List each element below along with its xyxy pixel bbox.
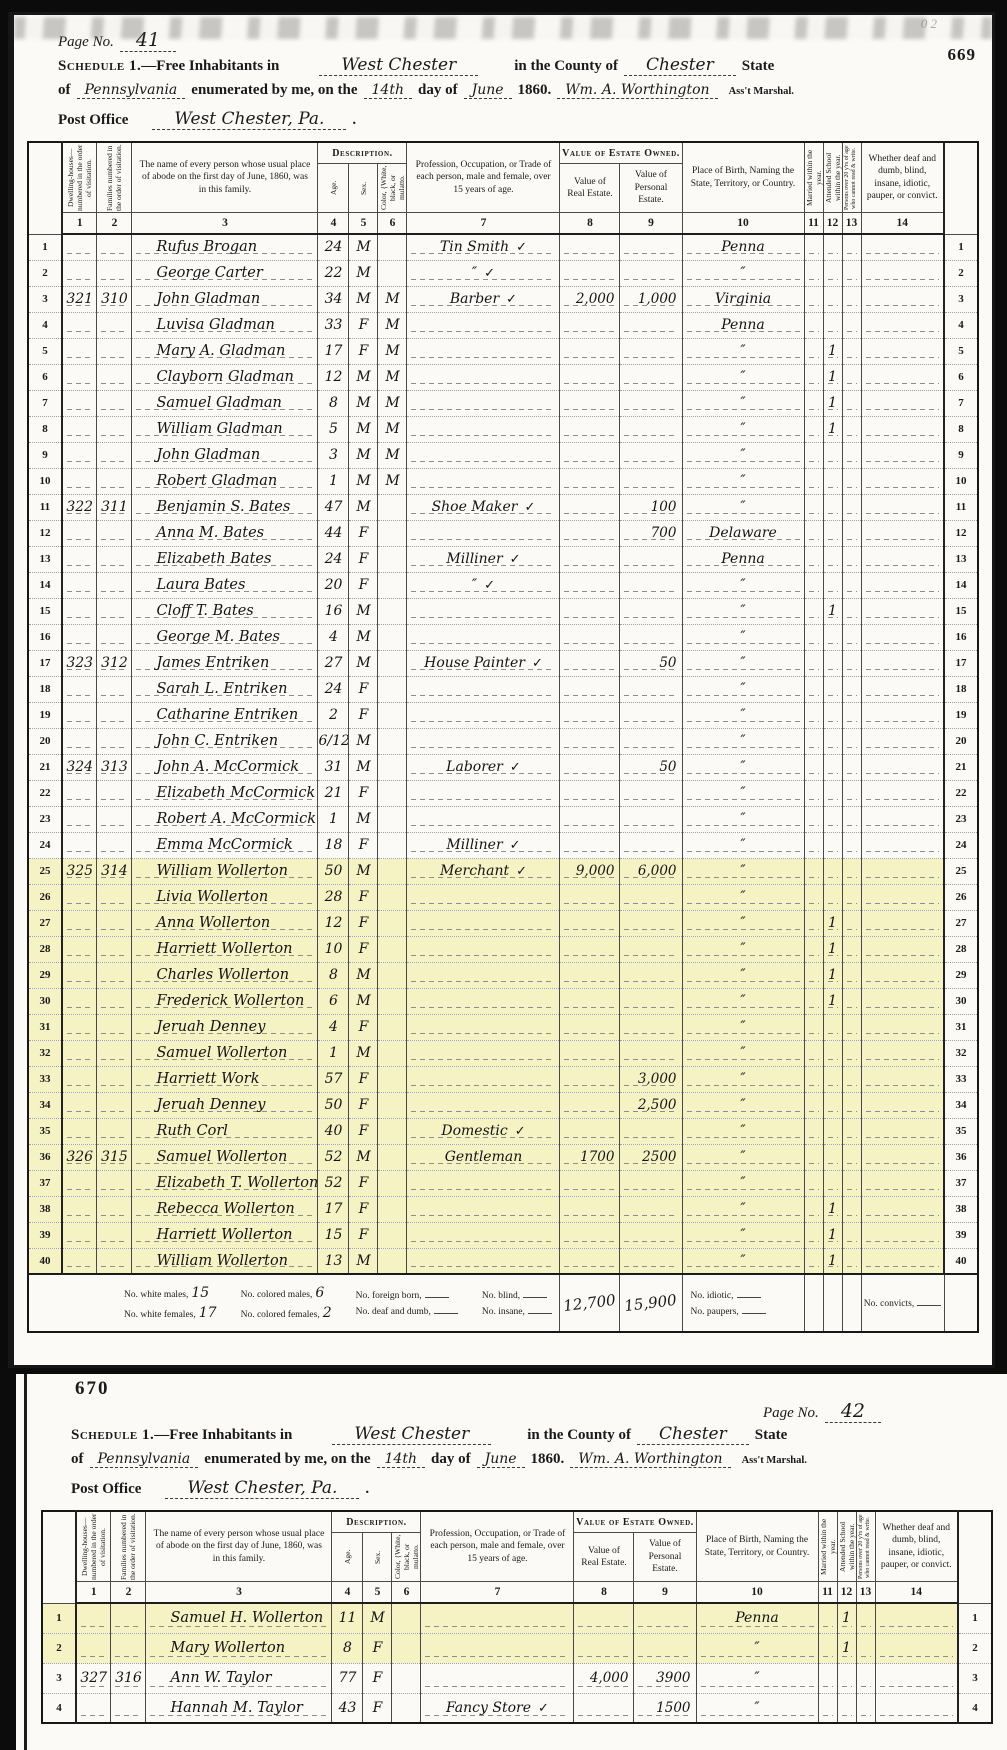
col-dwelling-header: Dwelling-houses— numbered in the order o…: [62, 142, 97, 213]
year-label: 1860.: [531, 1451, 565, 1468]
table-header: Dwelling-houses— numbered in the order o…: [28, 142, 978, 234]
footer-col12: [823, 1274, 842, 1332]
col-sex-text: Sex.: [373, 1533, 382, 1581]
occupation: [407, 468, 560, 494]
value-real-estate: [560, 1222, 620, 1248]
col-num-4: 4: [332, 1582, 363, 1604]
value-real-estate: [560, 624, 620, 650]
dwelling-number: [62, 728, 97, 754]
family-number: [97, 806, 132, 832]
row-number-left: 6: [28, 364, 62, 390]
color: [392, 1693, 421, 1723]
occupation: ″✓: [407, 572, 560, 598]
married-within-year: [804, 338, 823, 364]
row-number-right: 10: [944, 468, 978, 494]
age: 44: [318, 520, 349, 546]
sex: M: [349, 598, 378, 624]
row-number-left: 27: [28, 910, 62, 936]
family-number: [97, 312, 132, 338]
row-number-left: 17: [28, 650, 62, 676]
row-number-left: 32: [28, 1040, 62, 1066]
remarks: [861, 338, 944, 364]
schedule-label-2: —Free Inhabitants in: [141, 58, 279, 75]
colored-females-line: No. colored females,2: [241, 1305, 332, 1321]
row-number-right: 22: [944, 780, 978, 806]
attended-school: 1: [837, 1633, 856, 1663]
day-of-label: day of: [418, 82, 458, 99]
value-personal-estate: [620, 416, 682, 442]
dwelling-number: [62, 832, 97, 858]
col-age-text: Age.: [343, 1533, 352, 1581]
person-name: Jeruah Denney: [132, 1092, 318, 1118]
state-value: Pennsylvania: [77, 82, 186, 99]
footer-tallies: No. white males,15 No. white females,17 …: [62, 1274, 560, 1332]
value-real-estate: [560, 676, 620, 702]
schedule-title-line: Schedule 1. —Free Inhabitants in West Ch…: [14, 55, 992, 82]
row-number-right: 9: [944, 442, 978, 468]
value-personal-estate: [620, 1040, 682, 1066]
value-real-estate: [560, 702, 620, 728]
color: [392, 1603, 421, 1633]
col-cannot-read-text: Persons over 20 y'rs of age who cannot r…: [858, 1513, 872, 1581]
census-row: 34Jeruah Denney50F2,500″34: [28, 1092, 978, 1118]
color: [378, 1248, 407, 1274]
married-within-year: [804, 598, 823, 624]
col-family-header: Families numbered in the order of visita…: [97, 142, 132, 213]
value-real-estate: [560, 1170, 620, 1196]
family-number: [111, 1603, 146, 1633]
attended-school: [837, 1663, 856, 1693]
schedule-label: Schedule 1.: [58, 58, 141, 75]
color: [378, 546, 407, 572]
occupation: [407, 598, 560, 624]
cannot-read-write: [842, 650, 861, 676]
remarks: [875, 1693, 958, 1723]
row-number-right: 11: [944, 494, 978, 520]
sex: F: [349, 910, 378, 936]
married-within-year: [804, 624, 823, 650]
value-personal-estate: [620, 884, 682, 910]
col-num-7: 7: [421, 1582, 574, 1604]
row-number-left: 5: [28, 338, 62, 364]
cannot-read-write: [842, 572, 861, 598]
dwelling-number: [76, 1633, 111, 1663]
col-num-6: 6: [378, 213, 407, 235]
col-num-9: 9: [634, 1582, 696, 1604]
cannot-read-write: [842, 780, 861, 806]
attended-school: [823, 1170, 842, 1196]
col-age-header: Age.: [318, 164, 349, 213]
col-cannot-read-text: Persons over 20 y'rs of age who cannot r…: [844, 144, 858, 212]
married-within-year: [818, 1633, 837, 1663]
cannot-read-write: [842, 1092, 861, 1118]
row-number-left: 35: [28, 1118, 62, 1144]
sex: M: [349, 234, 378, 260]
value-personal-estate: [620, 780, 682, 806]
occupation: Domestic✓: [407, 1118, 560, 1144]
value-real-estate: [560, 1196, 620, 1222]
idiotic-paupers-cell: No. idiotic, No. paupers,: [682, 1274, 804, 1332]
table-footer: No. white males,15 No. white females,17 …: [28, 1274, 978, 1332]
dwelling-number: [62, 1170, 97, 1196]
row-number-left: 10: [28, 468, 62, 494]
birthplace: ″: [696, 1693, 818, 1723]
col-birthplace-header: Place of Birth, Naming the State, Territ…: [696, 1511, 818, 1582]
township-value: West Chester: [332, 1424, 491, 1445]
remarks: [861, 858, 944, 884]
row-number-left: 3: [42, 1663, 76, 1693]
cannot-read-write: [842, 1066, 861, 1092]
family-number: [97, 546, 132, 572]
value-personal-estate: [620, 364, 682, 390]
dwelling-number: [62, 234, 97, 260]
census-page-41: 0 2 669 Page No. 41 Schedule 1. —Free In…: [8, 12, 995, 1368]
married-within-year: [804, 1040, 823, 1066]
birthplace: ″: [682, 260, 804, 286]
row-number-left: 11: [28, 494, 62, 520]
row-number-right: 16: [944, 624, 978, 650]
remarks: [861, 312, 944, 338]
col-profession-header: Profession, Occupation, or Trade of each…: [421, 1511, 574, 1582]
sex: M: [349, 364, 378, 390]
row-number-left: 40: [28, 1248, 62, 1274]
sex: F: [349, 572, 378, 598]
remarks: [861, 1222, 944, 1248]
check-mark: ✓: [506, 292, 517, 307]
attended-school: [823, 858, 842, 884]
birthplace: ″: [682, 858, 804, 884]
age: 33: [318, 312, 349, 338]
row-number-left: 21: [28, 754, 62, 780]
month-value: June: [464, 82, 512, 99]
value-personal-estate: [634, 1603, 696, 1633]
age: 52: [318, 1170, 349, 1196]
row-number-right: 36: [944, 1144, 978, 1170]
birthplace: ″: [682, 598, 804, 624]
cannot-read-write: [842, 806, 861, 832]
remarks: [861, 676, 944, 702]
occupation: [407, 988, 560, 1014]
attended-school: [823, 832, 842, 858]
value-personal-estate: [620, 260, 682, 286]
row-number-right: 1: [944, 234, 978, 260]
row-number-left: 7: [28, 390, 62, 416]
row-number-right: 31: [944, 1014, 978, 1040]
row-number-left: 22: [28, 780, 62, 806]
row-number-right: 7: [944, 390, 978, 416]
col-color-header: Color, {White, black, or mulatto.: [378, 164, 407, 213]
row-number-right: 25: [944, 858, 978, 884]
col-num-5: 5: [349, 213, 378, 235]
family-number: [97, 338, 132, 364]
family-number: [97, 832, 132, 858]
color: [378, 1144, 407, 1170]
row-number-right: 2: [944, 260, 978, 286]
sex: F: [349, 546, 378, 572]
col-real-estate-header: Value of Real Estate.: [560, 164, 620, 213]
person-name: Livia Wollerton: [132, 884, 318, 910]
occupation: House Painter✓: [407, 650, 560, 676]
remarks: [861, 1144, 944, 1170]
remarks: [861, 494, 944, 520]
sex: M: [349, 754, 378, 780]
cannot-read-write: [842, 1040, 861, 1066]
person-name: Rebecca Wollerton: [132, 1196, 318, 1222]
cannot-read-write: [842, 286, 861, 312]
birthplace: ″: [682, 572, 804, 598]
remarks: [861, 832, 944, 858]
occupation: Gentleman: [407, 1144, 560, 1170]
state-value: Pennsylvania: [90, 1451, 199, 1468]
value-personal-estate: 3,000: [620, 1066, 682, 1092]
row-number-left: 19: [28, 702, 62, 728]
attended-school: [823, 468, 842, 494]
age: 5: [318, 416, 349, 442]
dwelling-number: [62, 910, 97, 936]
age: 12: [318, 910, 349, 936]
sex: M: [349, 442, 378, 468]
row-number-right: 27: [944, 910, 978, 936]
census-row: 28Harriett Wollerton10F″128: [28, 936, 978, 962]
married-within-year: [804, 832, 823, 858]
row-number-right: 3: [958, 1663, 992, 1693]
age: 24: [318, 234, 349, 260]
birthplace: ″: [682, 1222, 804, 1248]
occupation: [407, 1040, 560, 1066]
value-personal-estate: [620, 468, 682, 494]
census-row: 39Harriett Wollerton15F″139: [28, 1222, 978, 1248]
col-school-text: Attended School within the year.: [824, 144, 842, 212]
birthplace: Penna: [682, 546, 804, 572]
white-females-count: 17: [199, 1305, 217, 1321]
occupation: [407, 806, 560, 832]
row-number-right: 23: [944, 806, 978, 832]
sex: M: [349, 858, 378, 884]
birthplace: ″: [682, 832, 804, 858]
attended-school: 1: [823, 390, 842, 416]
col-married-text: Married within the year.: [819, 1513, 837, 1581]
age: 52: [318, 1144, 349, 1170]
dwelling-number: [62, 702, 97, 728]
family-number: [111, 1633, 146, 1663]
census-row: 11322311Benjamin S. Bates47MShoe Maker✓1…: [28, 494, 978, 520]
value-personal-estate: 1500: [634, 1693, 696, 1723]
attended-school: [837, 1693, 856, 1723]
age: 10: [318, 936, 349, 962]
sex: M: [349, 728, 378, 754]
col-name-header: The name of every person whose usual pla…: [146, 1511, 332, 1582]
white-males-count: 15: [191, 1285, 209, 1301]
married-within-year: [818, 1693, 837, 1723]
color: [378, 702, 407, 728]
cannot-read-write: [842, 676, 861, 702]
color: [378, 884, 407, 910]
family-number: [97, 624, 132, 650]
value-personal-estate: [620, 676, 682, 702]
remarks: [861, 1170, 944, 1196]
sex: F: [349, 1118, 378, 1144]
attended-school: 1: [823, 338, 842, 364]
census-row: 38Rebecca Wollerton17F″138: [28, 1196, 978, 1222]
gutter-left: [42, 1511, 76, 1603]
married-within-year: [804, 702, 823, 728]
age: 6: [318, 988, 349, 1014]
family-number: [97, 1222, 132, 1248]
remarks: [861, 1118, 944, 1144]
value-personal-estate: [620, 728, 682, 754]
col-remarks-header: Whether deaf and dumb, blind, insane, id…: [861, 142, 944, 213]
occupation: [407, 1222, 560, 1248]
col-birthplace-header: Place of Birth, Naming the State, Territ…: [682, 142, 804, 213]
occupation: [407, 338, 560, 364]
col-sex-header: Sex.: [363, 1533, 392, 1582]
value-real-estate: [560, 1092, 620, 1118]
cannot-read-write: [842, 910, 861, 936]
birthplace: ″: [682, 390, 804, 416]
occupation: [407, 780, 560, 806]
attended-school: [823, 650, 842, 676]
page-no-value: 42: [825, 1400, 881, 1423]
sex: M: [349, 468, 378, 494]
married-within-year: [818, 1603, 837, 1633]
remarks: [861, 754, 944, 780]
occupation: [421, 1663, 574, 1693]
age: 17: [318, 1196, 349, 1222]
census-row: 37Elizabeth T. Wollerton52F″37: [28, 1170, 978, 1196]
person-name: George M. Bates: [132, 624, 318, 650]
census-row: 19Catharine Entriken2F″19: [28, 702, 978, 728]
col-married-header: Married within the year.: [804, 142, 823, 213]
cannot-read-write: [856, 1603, 875, 1633]
col-num-13: 13: [842, 213, 861, 235]
age: 1: [318, 468, 349, 494]
value-real-estate: [560, 598, 620, 624]
check-mark: ✓: [516, 240, 527, 255]
post-office-line: Post Office West Chester, Pa. .: [14, 109, 992, 136]
birthplace: Penna: [682, 312, 804, 338]
row-number-left: 2: [28, 260, 62, 286]
row-number-right: 32: [944, 1040, 978, 1066]
family-number: [97, 520, 132, 546]
col-num-14: 14: [861, 213, 944, 235]
dwelling-number: [62, 1118, 97, 1144]
row-number-right: 2: [958, 1633, 992, 1663]
bleed-through-marks: 0 2: [921, 16, 937, 32]
family-number: [97, 936, 132, 962]
color: [378, 676, 407, 702]
dwelling-number: [62, 1066, 97, 1092]
col-num-11: 11: [818, 1582, 837, 1604]
scan-noise-strip: [14, 17, 992, 39]
family-number: [97, 910, 132, 936]
row-number-left: 39: [28, 1222, 62, 1248]
value-real-estate: [560, 650, 620, 676]
family-number: 313: [97, 754, 132, 780]
cannot-read-write: [842, 520, 861, 546]
sex: F: [349, 1222, 378, 1248]
row-number-right: 4: [944, 312, 978, 338]
post-office-label: Post Office: [58, 112, 128, 129]
birthplace: ″: [682, 1248, 804, 1274]
person-name: Clayborn Gladman: [132, 364, 318, 390]
remarks: [861, 650, 944, 676]
cannot-read-write: [842, 754, 861, 780]
census-row: 24Emma McCormick18FMilliner✓″24: [28, 832, 978, 858]
census-row: 40William Wollerton13M″140: [28, 1248, 978, 1274]
family-number: [97, 1196, 132, 1222]
row-number-left: 33: [28, 1066, 62, 1092]
row-number-right: 13: [944, 546, 978, 572]
person-name: Catharine Entriken: [132, 702, 318, 728]
color: [378, 598, 407, 624]
value-personal-estate: [620, 702, 682, 728]
gutter-right: [958, 1511, 992, 1603]
family-number: [97, 390, 132, 416]
row-number-left: 29: [28, 962, 62, 988]
person-name: Robert A. McCormick: [132, 806, 318, 832]
dwelling-number: [62, 572, 97, 598]
col-num-10: 10: [696, 1582, 818, 1604]
birthplace: ″: [682, 1014, 804, 1040]
sex: M: [349, 260, 378, 286]
value-real-estate: [560, 1118, 620, 1144]
cannot-read-write: [842, 546, 861, 572]
remarks: [861, 286, 944, 312]
person-name: Mary Wollerton: [146, 1633, 332, 1663]
folio-number: 670: [27, 1374, 1007, 1400]
person-name: Ruth Corl: [132, 1118, 318, 1144]
attended-school: 1: [823, 962, 842, 988]
row-number-right: 6: [944, 364, 978, 390]
family-number: [97, 1118, 132, 1144]
dwelling-number: [62, 468, 97, 494]
value-personal-estate: [620, 832, 682, 858]
page-number-line: Page No. 42: [27, 1400, 1007, 1424]
color: [378, 624, 407, 650]
color: [378, 1222, 407, 1248]
color: [392, 1633, 421, 1663]
married-within-year: [804, 286, 823, 312]
check-mark: ✓: [484, 578, 495, 593]
check-mark: ✓: [484, 266, 495, 281]
dwelling-number: [62, 936, 97, 962]
col-num-12: 12: [823, 213, 842, 235]
married-within-year: [804, 520, 823, 546]
check-mark: ✓: [510, 838, 521, 853]
idiotic-line: No. idiotic,: [691, 1289, 804, 1301]
row-number-right: 40: [944, 1248, 978, 1274]
dwelling-number: [62, 1196, 97, 1222]
col-num-8: 8: [574, 1582, 634, 1604]
column-number-row: 1 2 3 4 5 6 7 8 9 10 11 12 13 14: [42, 1582, 992, 1604]
value-real-estate: [560, 780, 620, 806]
census-row: 23Robert A. McCormick1M″23: [28, 806, 978, 832]
post-office-value: West Chester, Pa.: [152, 109, 346, 130]
value-real-estate: [560, 988, 620, 1014]
attended-school: 1: [823, 416, 842, 442]
row-number-right: 26: [944, 884, 978, 910]
occupation: [407, 1196, 560, 1222]
occupation: Fancy Store✓: [421, 1693, 574, 1723]
value-personal-estate: [620, 988, 682, 1014]
family-number: [97, 1014, 132, 1040]
col-name-header: The name of every person whose usual pla…: [132, 142, 318, 213]
of-label: of: [58, 82, 71, 99]
row-number-right: 21: [944, 754, 978, 780]
remarks: [861, 806, 944, 832]
value-personal-estate: [620, 624, 682, 650]
row-number-left: 34: [28, 1092, 62, 1118]
